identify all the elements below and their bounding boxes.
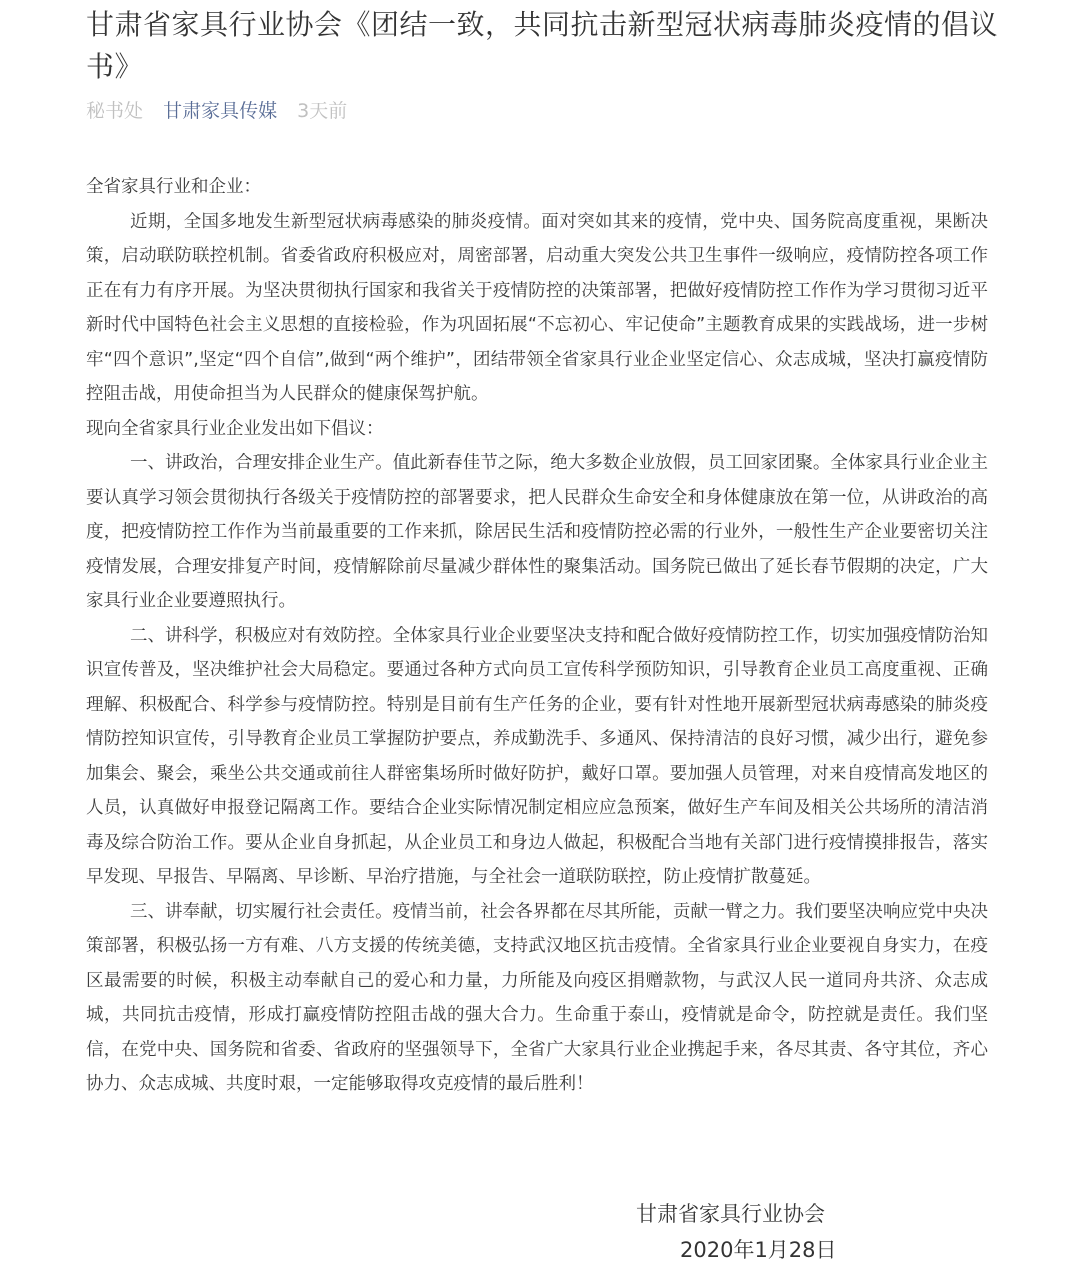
signature-organization: 甘肃省家具行业协会 <box>636 1198 825 1228</box>
proposal-item-3: 三、讲奉献，切实履行社会责任。疫情当前，社会各界都在尽其所能，贡献一臂之力。我们… <box>86 895 988 1102</box>
article-title: 甘肃省家具行业协会《团结一致，共同抗击新型冠状病毒肺炎疫情的倡议书》 <box>86 4 1006 88</box>
article-body: 全省家具行业和企业： 近期，全国多地发生新型冠状病毒感染的肺炎疫情。面对突如其来… <box>86 170 988 1102</box>
article-meta: 秘书处 甘肃家具传媒 3天前 <box>86 96 361 126</box>
proposal-item-2: 二、讲科学，积极应对有效防控。全体家具行业企业要坚决支持和配合做好疫情防控工作，… <box>86 619 988 895</box>
intro-paragraph: 近期，全国多地发生新型冠状病毒感染的肺炎疫情。面对突如其来的疫情，党中央、国务院… <box>86 205 988 412</box>
signature-date: 2020年1月28日 <box>680 1234 837 1264</box>
proposal-item-1: 一、讲政治，合理安排企业生产。值此新春佳节之际，绝大多数企业放假，员工回家团聚。… <box>86 446 988 619</box>
salutation: 全省家具行业和企业： <box>86 170 988 205</box>
account-link[interactable]: 甘肃家具传媒 <box>163 100 277 122</box>
proposal-intro: 现向全省家具行业企业发出如下倡议： <box>86 412 988 447</box>
author-name: 秘书处 <box>86 100 143 122</box>
publish-time: 3天前 <box>297 100 347 122</box>
